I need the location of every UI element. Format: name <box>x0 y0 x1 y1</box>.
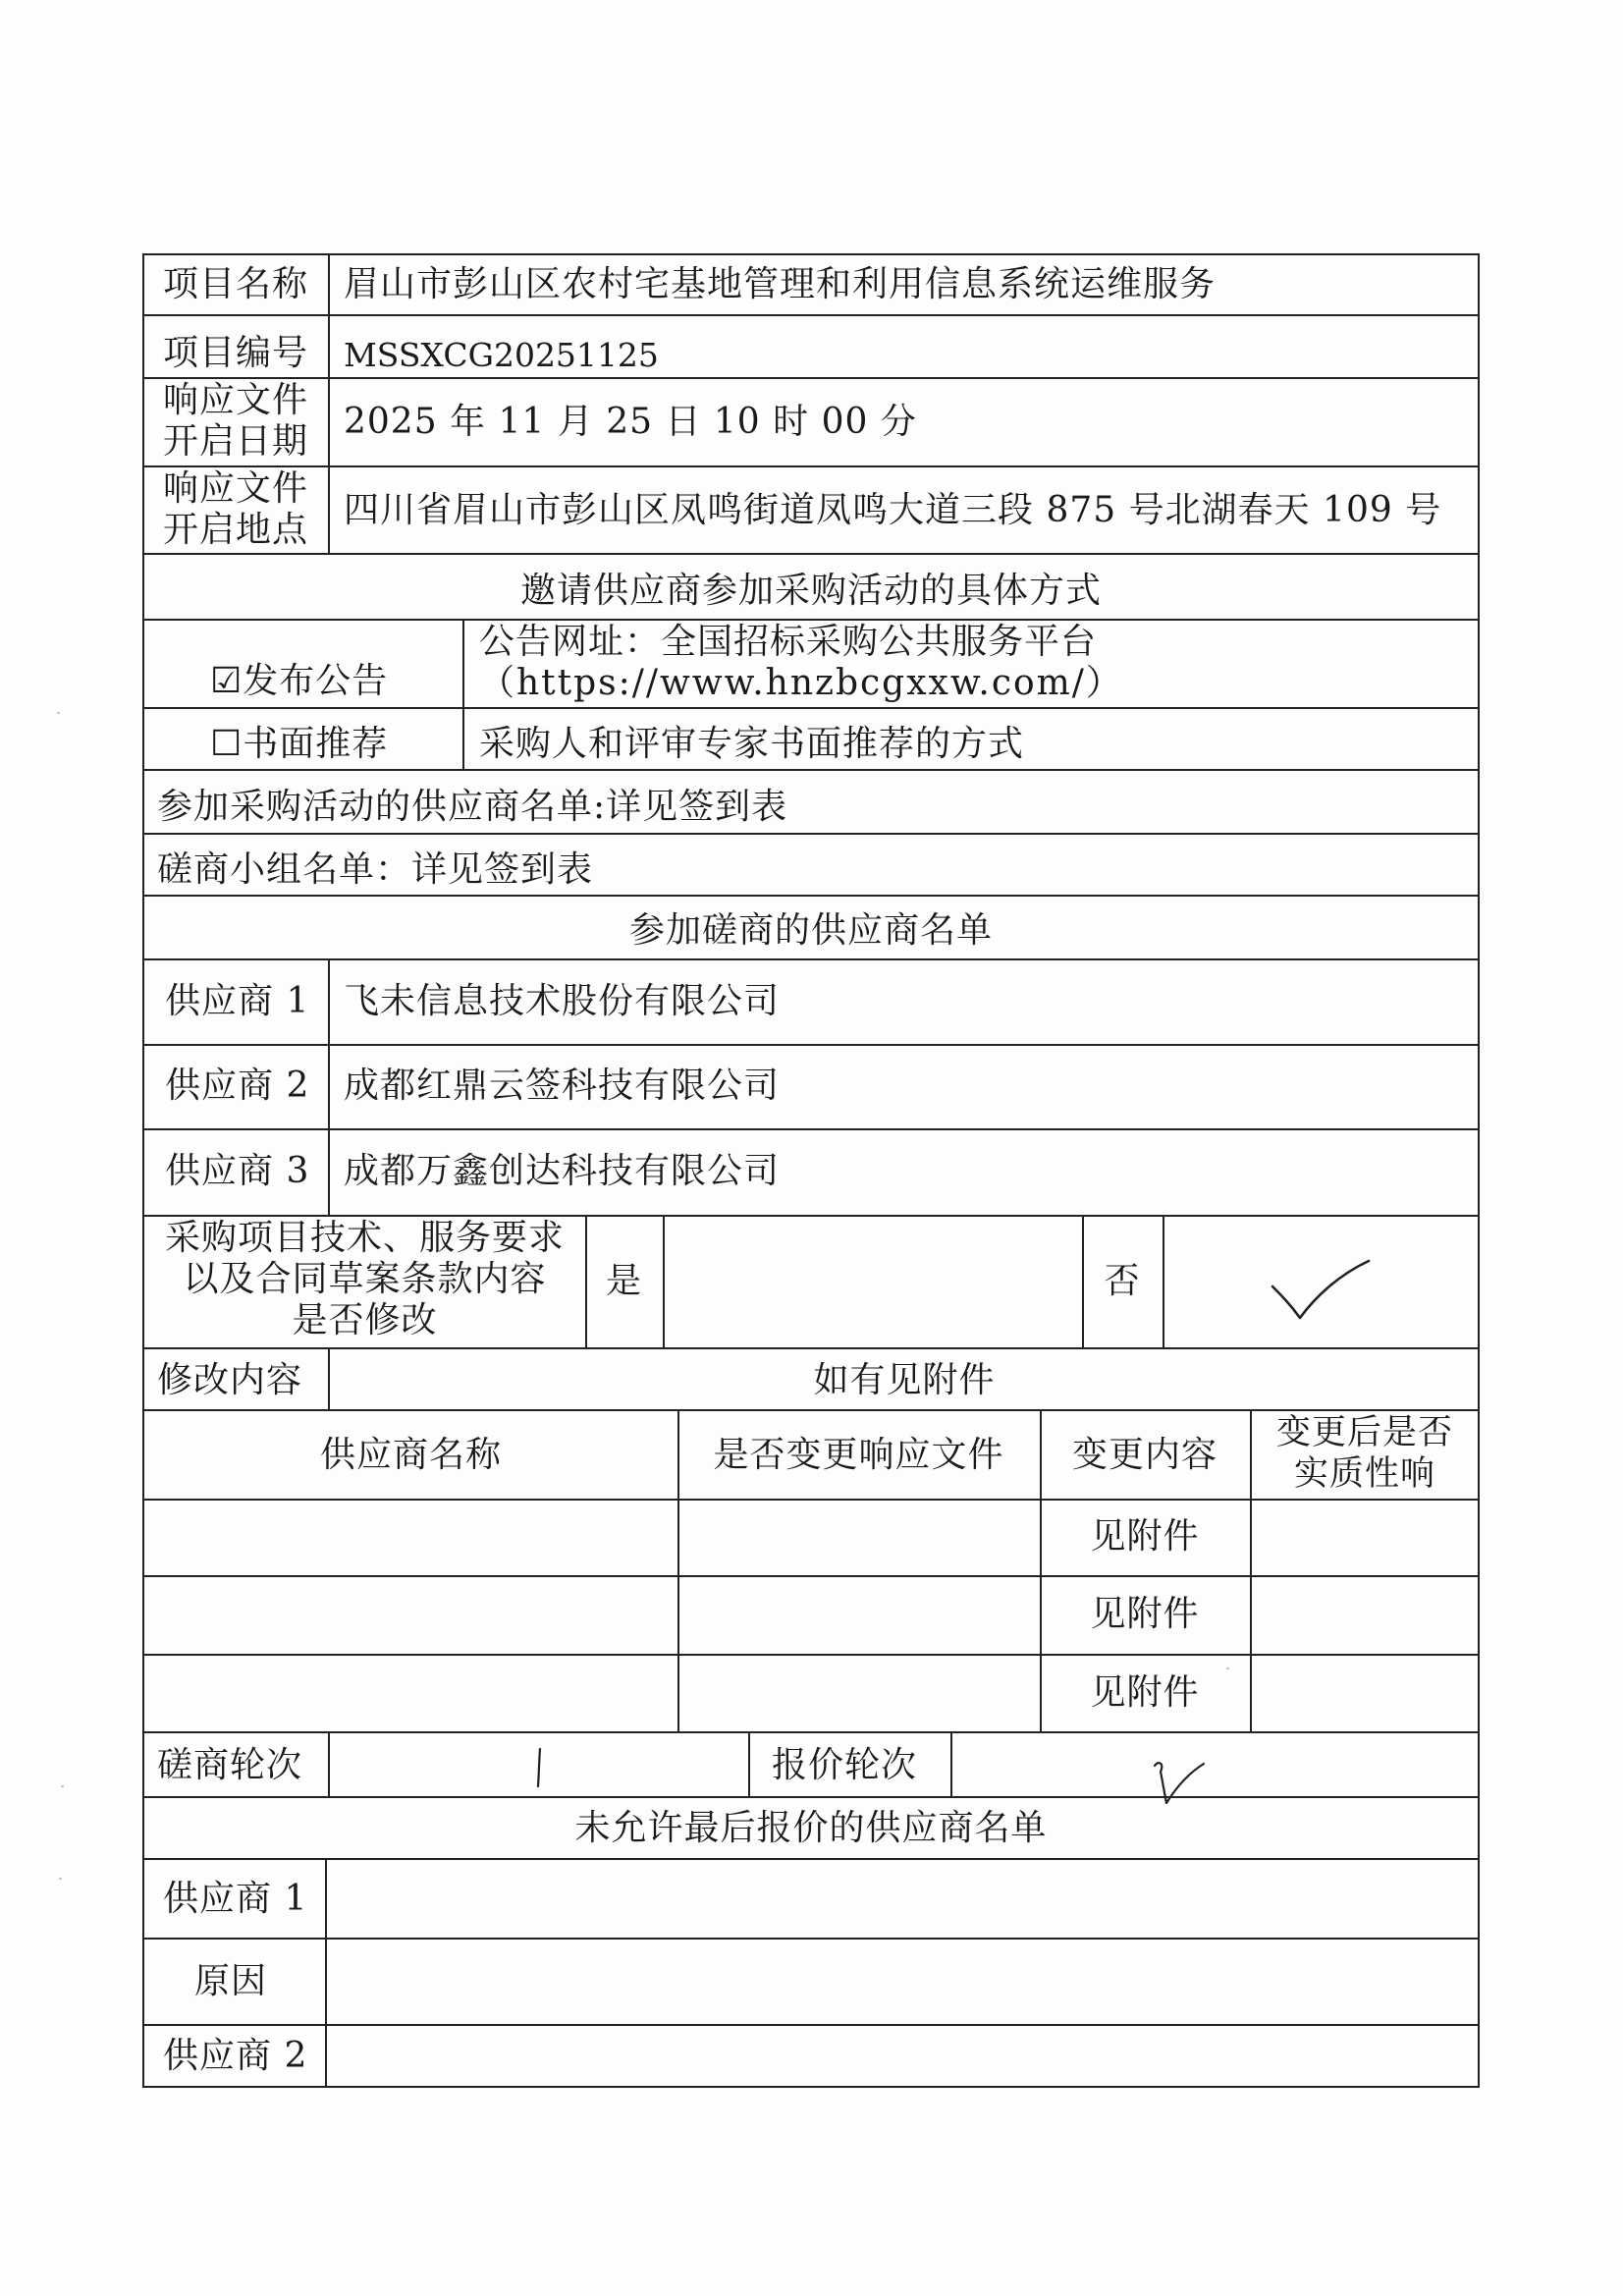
row-divider <box>142 2024 1480 2026</box>
row-divider <box>142 1796 1480 1798</box>
project-name-label: 项目名称 <box>163 263 308 306</box>
col-header-response-changed: 是否变更响应文件 <box>677 1434 1040 1477</box>
quote-rounds-label: 报价轮次 <box>772 1744 917 1787</box>
row-divider <box>142 1499 1480 1501</box>
no-label: 否 <box>1082 1260 1163 1303</box>
row-divider <box>142 895 1480 897</box>
handwritten-quote-round-value <box>1149 1758 1208 1807</box>
row-divider <box>142 1044 1480 1046</box>
written-recommendation-detail: 采购人和评审专家书面推荐的方式 <box>479 723 1024 766</box>
change-content-cell: 见附件 <box>1040 1515 1250 1558</box>
row-divider <box>142 553 1480 555</box>
column-divider <box>328 958 330 1215</box>
publish-notice-label: 发布公告 <box>243 661 388 701</box>
supplier-3-name: 成都万鑫创达科技有限公司 <box>344 1150 780 1193</box>
change-content-cell: 见附件 <box>1040 1593 1250 1636</box>
row-divider <box>142 833 1480 835</box>
supplier-1-label: 供应商 1 <box>165 980 309 1023</box>
invitation-heading: 邀请供应商参加采购活动的具体方式 <box>142 570 1480 613</box>
row-divider <box>142 314 1480 316</box>
supplier-1-name: 飞未信息技术股份有限公司 <box>344 980 780 1023</box>
open-date-value: 2025 年 11 月 25 日 10 时 00 分 <box>344 401 917 444</box>
open-place-label-line2: 开启地点 <box>163 509 308 552</box>
open-place-value: 四川省眉山市彭山区凤鸣街道凤鸣大道三段 875 号北湖春天 109 号 <box>344 489 1441 532</box>
row-divider <box>142 1938 1480 1940</box>
column-divider <box>462 619 464 769</box>
modification-question-line2: 以及合同草案条款内容 <box>144 1258 585 1301</box>
row-divider <box>142 1731 1480 1733</box>
negotiation-suppliers-heading: 参加磋商的供应商名单 <box>142 909 1480 953</box>
written-recommendation-option: ☐书面推荐 <box>210 723 388 766</box>
document-page: 项目名称 眉山市彭山区农村宅基地管理和利用信息系统运维服务 项目编号 MSSXC… <box>0 0 1623 2296</box>
handwritten-negotiation-round-value <box>530 1743 550 1792</box>
row-divider <box>142 958 1480 960</box>
notice-url-line2: （https://www.hnzbcgxxw.com/） <box>479 662 1123 705</box>
col-header-supplier-name: 供应商名称 <box>144 1434 677 1477</box>
row-divider <box>142 1409 1480 1411</box>
open-date-label-line2: 开启日期 <box>163 420 308 464</box>
negotiation-rounds-label: 磋商轮次 <box>157 1744 302 1787</box>
column-divider <box>328 1731 330 1796</box>
col-header-change-content: 变更内容 <box>1040 1434 1250 1477</box>
column-divider <box>328 253 330 553</box>
supplier-2-label: 供应商 2 <box>165 1065 309 1108</box>
excluded-supplier-1-label: 供应商 1 <box>163 1878 307 1921</box>
column-divider <box>325 1858 327 2088</box>
col-header-substantive-line1: 变更后是否 <box>1250 1412 1480 1453</box>
column-divider <box>1163 1215 1164 1347</box>
open-place-label-line1: 响应文件 <box>163 467 308 511</box>
yes-label: 是 <box>585 1260 663 1303</box>
row-divider <box>142 465 1480 467</box>
participants-line: 参加采购活动的供应商名单:详见签到表 <box>157 786 787 829</box>
publish-notice-option: ☑发布公告 <box>210 660 388 703</box>
column-divider <box>663 1215 665 1347</box>
row-divider <box>142 1858 1480 1860</box>
handwritten-checkmark-icon <box>1267 1257 1375 1326</box>
excluded-supplier-2-label: 供应商 2 <box>163 2035 307 2078</box>
row-divider <box>142 1654 1480 1656</box>
row-divider <box>142 377 1480 379</box>
checked-checkbox-icon: ☑ <box>210 661 243 701</box>
column-divider <box>950 1731 952 1796</box>
scan-speck <box>57 712 60 714</box>
modification-content-label: 修改内容 <box>157 1359 302 1402</box>
written-recommendation-label: 书面推荐 <box>243 724 388 764</box>
project-number-label: 项目编号 <box>163 332 308 375</box>
row-divider <box>142 769 1480 771</box>
modification-question-line3: 是否修改 <box>144 1299 585 1342</box>
project-name-value: 眉山市彭山区农村宅基地管理和利用信息系统运维服务 <box>344 263 1216 306</box>
notice-url-line1: 公告网址：全国招标采购公共服务平台 <box>479 621 1097 664</box>
project-number-value: MSSXCG20251125 <box>344 334 659 377</box>
col-header-substantive-line2: 实质性响 <box>1250 1453 1480 1495</box>
empty-checkbox-icon: ☐ <box>210 724 243 764</box>
modification-question-line1: 采购项目技术、服务要求 <box>144 1217 585 1260</box>
row-divider <box>142 1575 1480 1577</box>
column-divider <box>748 1731 750 1796</box>
excluded-suppliers-heading: 未允许最后报价的供应商名单 <box>142 1807 1480 1850</box>
supplier-2-name: 成都红鼎云签科技有限公司 <box>344 1065 780 1108</box>
row-divider <box>142 707 1480 709</box>
modification-content-value: 如有见附件 <box>330 1359 1479 1402</box>
open-date-label-line1: 响应文件 <box>163 379 308 422</box>
row-divider <box>142 1128 1480 1130</box>
scan-speck <box>59 1878 62 1880</box>
row-divider <box>142 1347 1480 1349</box>
excluded-reason-label: 原因 <box>194 1960 267 2003</box>
change-content-cell: 见附件 <box>1040 1671 1250 1715</box>
scan-speck <box>1226 1667 1229 1669</box>
scan-speck <box>61 1785 64 1787</box>
supplier-3-label: 供应商 3 <box>165 1150 309 1193</box>
panel-line: 磋商小组名单：详见签到表 <box>157 848 593 892</box>
